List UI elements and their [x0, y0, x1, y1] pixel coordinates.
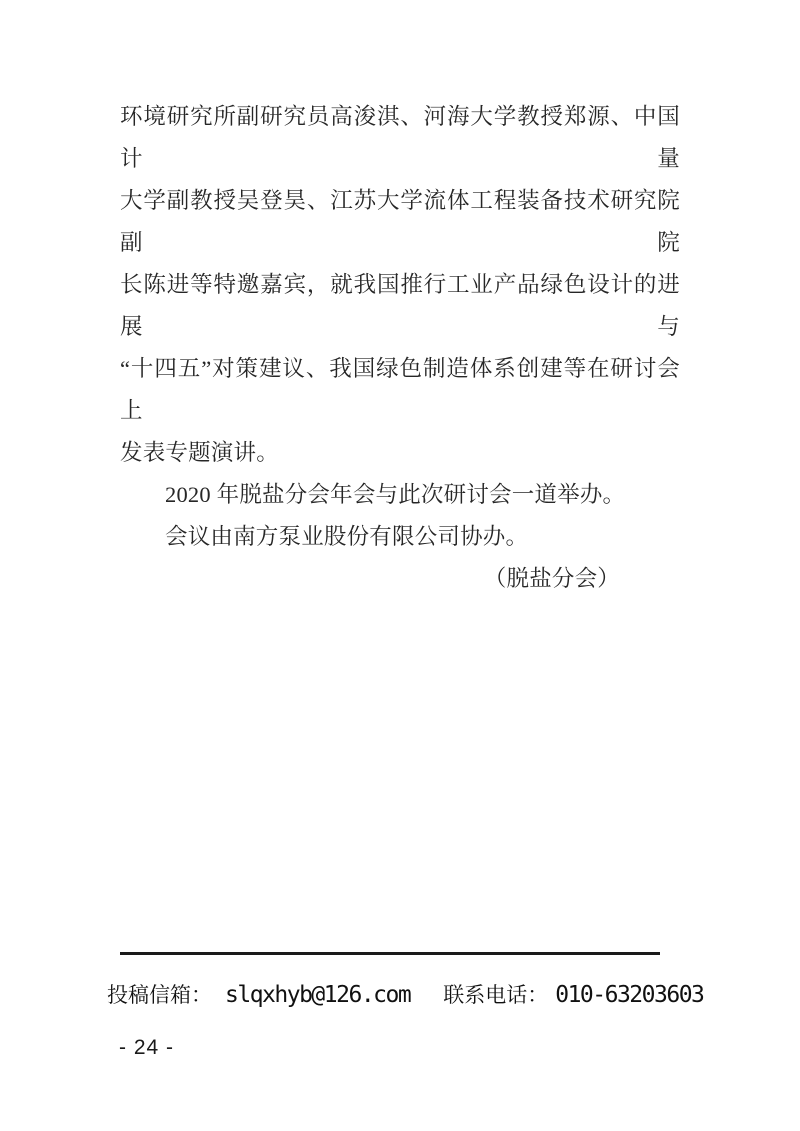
paragraph-3: 会议由南方泵业股份有限公司协办。 — [120, 516, 680, 558]
footer-divider — [120, 952, 660, 955]
paragraph1-line-3: 长陈进等特邀嘉宾，就我国推行工业产品绿色设计的进展与 — [120, 264, 680, 348]
contact-phone-label: 联系电话： — [443, 979, 548, 1009]
submission-email-label: 投稿信箱： — [107, 979, 212, 1009]
document-page: 环境研究所副研究员高浚淇、河海大学教授郑源、中国计量 大学副教授吴登昊、江苏大学… — [0, 0, 800, 1131]
document-body: 环境研究所副研究员高浚淇、河海大学教授郑源、中国计量 大学副教授吴登昊、江苏大学… — [120, 96, 680, 600]
page-footer: 投稿信箱： slqxhyb@126.com 联系电话： 010-63203603 — [107, 979, 703, 1009]
paragraph1-line-2: 大学副教授吴登昊、江苏大学流体工程装备技术研究院副院 — [120, 180, 680, 264]
page-number: - 24 - — [119, 1036, 174, 1060]
contact-phone: 010-63203603 — [555, 982, 703, 1008]
paragraph1-line-4: “十四五”对策建议、我国绿色制造体系创建等在研讨会上 — [120, 348, 680, 432]
submission-email: slqxhyb@126.com — [225, 982, 410, 1008]
paragraph-2: 2020 年脱盐分会年会与此次研讨会一道举办。 — [120, 474, 680, 516]
paragraph1-line-5: 发表专题演讲。 — [120, 432, 680, 474]
paragraph1-line-1: 环境研究所副研究员高浚淇、河海大学教授郑源、中国计量 — [120, 96, 680, 180]
signature-line: （脱盐分会） — [120, 558, 680, 600]
